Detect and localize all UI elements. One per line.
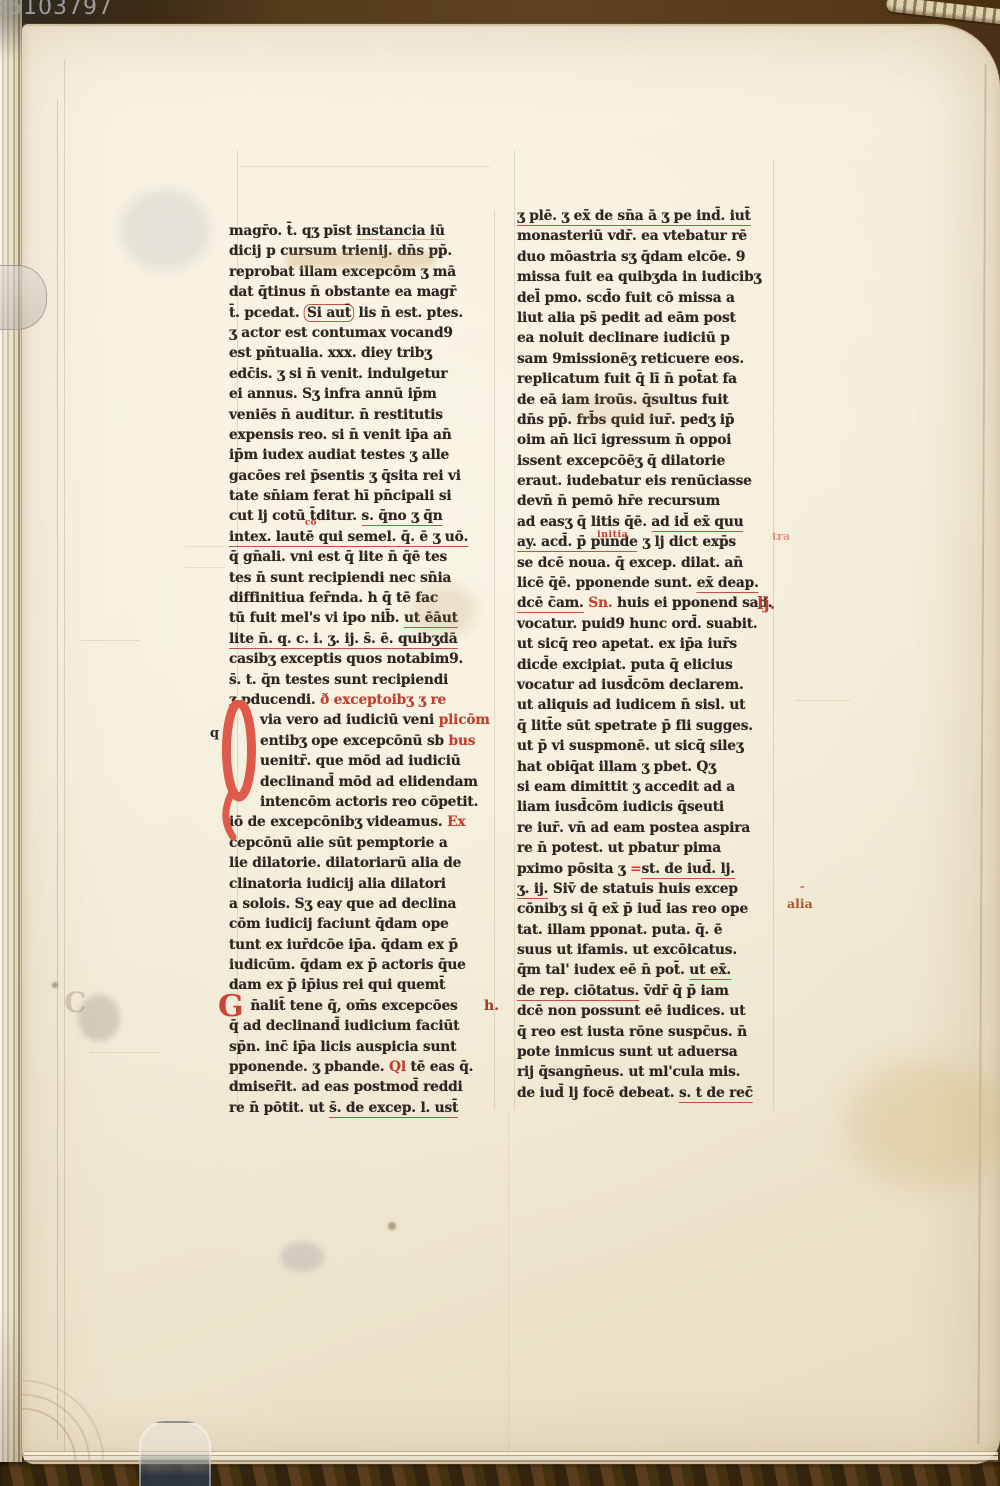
text-line: ei annus. Sʒ infra annū ip̄m	[229, 384, 490, 404]
ruling-dash	[240, 166, 490, 167]
text-segment: de rep. ciōtatus.	[517, 983, 639, 1001]
text-line: tate sn̄iam ferat hī pn̄cipali si	[229, 486, 490, 506]
ruling-dash	[795, 700, 850, 701]
text-segment: del̄ pmo. scd̄o fuit cō missa a	[517, 290, 735, 306]
manuscript-photo: { "shelfmark": "66103797", "colors": { "…	[0, 0, 1000, 1486]
text-line: q̄ litt̄e sūt spetrate p̄ fli sugges.	[517, 716, 772, 736]
text-segment: ʒ plē. ʒ ex̄ de sn̄a ā ʒ pe ind̄. iut̄	[517, 208, 751, 226]
text-segment: =	[630, 861, 641, 877]
text-line: t̄. pcedat. Si aut̄ lis n̄ est. ptes.	[229, 303, 490, 323]
text-segment: dmiser̄it. ad eas postmod̄ reddi	[229, 1079, 463, 1095]
text-segment: s. t de rec̄	[679, 1085, 753, 1103]
text-segment: declinand̄ mōd ad elidendam	[260, 774, 478, 790]
text-segment: s̄. de excep. l. ust̄	[329, 1100, 458, 1118]
text-line: vocatur. puid9 hunc ord̄. suabit.	[517, 614, 772, 634]
text-line: s̄. t. q̄n testes sunt recipiendi	[229, 670, 490, 690]
text-segment: cepcōnū alie sūt pemptorie a	[229, 835, 448, 851]
text-line: liam iusd̄cōm iudicis q̄seuti	[517, 797, 772, 817]
text-segment: clinatoria iudicij alia dilatori	[229, 876, 446, 892]
gutter-crease	[64, 60, 65, 1452]
text-line: ay. acd̄. p̄ punde ʒ lj dict exp̄s	[517, 532, 772, 552]
text-line: reprobat illam excepcōm ʒ mā	[229, 262, 490, 282]
text-segment: Si aut̄	[304, 304, 354, 322]
text-line: q̄ gn̄ali. vni est q̄ lite n̄ q̄ē tes	[229, 547, 490, 567]
text-segment: monasteriū vdr̄. ea vtebatur rē	[517, 228, 747, 244]
text-segment: reprobat illam excepcōm ʒ mā	[229, 264, 456, 280]
text-segment: intencōm actoris reo cōpetit.	[260, 794, 478, 810]
text-line: eraut. iudebatur eis renūciasse	[517, 471, 772, 491]
text-segment: hat obiq̄at illam ʒ pbet. Qʒ	[517, 759, 716, 775]
guide-letter-q: q	[210, 726, 219, 741]
text-segment: ex̄ deap.	[697, 575, 759, 593]
text-line: replicatum fuit q̄ lī n̄ pot̄at fa	[517, 369, 772, 389]
text-segment: replicatum fuit q̄ lī n̄ pot̄at fa	[517, 371, 737, 387]
text-line: dmiser̄it. ad eas postmod̄ reddi	[229, 1077, 490, 1097]
text-segment: ut ex̄.	[689, 962, 731, 980]
text-line: duo mōastria sʒ q̄dam elcōe. 9	[517, 247, 772, 267]
text-segment: expensis reo. si n̄ venit ip̄a an̄	[229, 427, 452, 443]
text-segment: tunt ex iur̄dcōe ip̄a. q̄dam ex p̄	[229, 937, 458, 953]
text-segment: s̄. t. q̄n testes sunt recipiendi	[229, 672, 448, 688]
text-line: hat obiq̄at illam ʒ pbet. Qʒ	[517, 757, 772, 777]
text-line: q̄ ad declinand̄ iudicium faciūt	[229, 1016, 490, 1036]
text-line: tat. illam pponat. puta. q̄. ē	[517, 920, 772, 940]
text-segment: lie dilatorie. dilatoriarū alia de	[229, 855, 461, 871]
text-line: ut aliquis ad iudicem n̄ sisl. ut	[517, 695, 772, 715]
text-line: ʒ pducendi. ð exceptoibʒ ʒ re	[229, 690, 490, 710]
page-holder-clip	[139, 1421, 211, 1486]
text-line: re n̄ potest. ut pbatur pima	[517, 838, 772, 858]
text-segment: dicij p cursum trienij. dn̄s pp̄.	[229, 243, 452, 259]
text-segment: entibʒ ope excepcōnū sb	[260, 733, 449, 749]
text-line: iudicūm. q̄dam ex p̄ actoris q̄ue	[229, 955, 490, 975]
text-line: uenitr̄. que mōd ad iudiciū	[229, 751, 490, 771]
text-segment: q̄m tal' iudex eē n̄ pot̄.	[517, 962, 689, 978]
text-segment: diffinitiua fer̄nda. h q̄ tē fac	[229, 590, 438, 606]
text-segment: plicōm	[439, 712, 490, 728]
text-segment: se dcē noua. q̄ excep. dilat. an̄	[517, 555, 743, 571]
text-line: ea noluit declinare iudiciū p	[517, 328, 772, 348]
text-segment: edc̄is. ʒ si n̄ venit. indulgetur	[229, 366, 447, 382]
text-segment: eraut. iudebatur eis renūciasse	[517, 473, 752, 489]
text-segment: ea noluit declinare iudiciū p	[517, 330, 730, 346]
text-line: intex. lautē qui semel. q̄. ē ʒ uō.	[229, 527, 490, 547]
text-segment: ei annus. Sʒ infra annū ip̄m	[229, 386, 437, 402]
text-segment: n̄alit̄ tene q̄, om̄s excepcōes	[250, 998, 457, 1014]
red-initial-g: G	[218, 989, 244, 1024]
text-segment: lite n̄. q. c. i. ʒ. ij. s̄. ē. quibʒdā	[229, 631, 457, 649]
text-segment: missa fuit ea quibʒda in iudicibʒ	[517, 269, 761, 285]
text-segment: tū fuit mel's vi ipo nib̄.	[229, 610, 404, 626]
text-line: de iud̄ lj focē debeat. s. t de rec̄	[517, 1083, 772, 1103]
text-segment: iō de excepcōnibʒ videamus.	[229, 814, 447, 830]
text-line: n̄alit̄ tene q̄, om̄s excepcōes	[229, 996, 490, 1016]
ruling-line	[514, 150, 515, 1110]
text-line: gacōes rei p̄sentis ʒ q̄sita rei vi	[229, 466, 490, 486]
text-line: dicd̄e excipiat. puta q̄ elicius	[517, 655, 772, 675]
text-segment: ip̄m iudex audiat testes ʒ alle	[229, 447, 449, 463]
text-line: suus ut ifamis. ut excōicatus.	[517, 940, 772, 960]
text-segment: ut sicq̄ reo apetat. ex ip̄a iur̄s	[517, 636, 737, 652]
text-line: dam ex p̄ ip̄ius rei qui quemt̄	[229, 975, 490, 995]
text-segment: devn̄ n̄ pemō hr̄e recursum	[517, 493, 720, 509]
text-segment: q̄ litt̄e sūt spetrate p̄ fli sugges.	[517, 718, 753, 734]
text-line: dn̄s pp̄. frb̄s quid iur̄. pedʒ ip̄	[517, 410, 772, 430]
text-segment: duo mōastria sʒ q̄dam elcōe. 9	[517, 249, 745, 265]
text-line: iō de excepcōnibʒ videamus. Ex	[229, 812, 490, 832]
text-line: pximo pōsita ʒ =st. de iud̄. lj.	[517, 859, 772, 879]
text-line: tū fuit mel's vi ipo nib̄. ut ēāut	[229, 608, 490, 628]
text-segment: Siv̄ de statuis huis excep	[548, 881, 738, 897]
text-segment: cōm iudicij faciunt q̄dam ope	[229, 916, 449, 932]
text-segment: Sn.	[588, 595, 612, 611]
text-segment: ad easʒ q̄ litis q̄ē.	[517, 514, 651, 530]
text-segment: intex. lautē qui semel. q̄. ē ʒ uō.	[229, 529, 468, 547]
text-segment: dcē c̄am.	[517, 595, 584, 613]
text-line: dicij p cursum trienij. dn̄s pp̄.	[229, 241, 490, 261]
offset-letter-c: C	[64, 986, 86, 1019]
text-line: missa fuit ea quibʒda in iudicibʒ	[517, 267, 772, 287]
text-segment: s. q̄no ʒ q̄n	[362, 508, 443, 526]
text-line: ʒ actor est contumax vocand9	[229, 323, 490, 343]
text-segment: Ex	[447, 814, 465, 830]
text-line: licē q̄ē. pponende sunt. ex̄ deap.	[517, 573, 772, 593]
text-line: lie dilatorie. dilatoriarū alia de	[229, 853, 490, 873]
book-cover-top	[0, 0, 1000, 26]
text-segment: ad id̄ ex̄ quu	[651, 514, 743, 532]
text-segment: issent excepcōēʒ q̄ dilatorie	[517, 453, 725, 469]
text-segment: t̄. pcedat.	[229, 305, 304, 321]
text-segment: huis ei pponend sad.	[612, 595, 772, 611]
text-line: si eam dimittit ʒ accedit ad a	[517, 777, 772, 797]
text-segment: instancia iū	[356, 223, 444, 240]
text-line: pponende. ʒ pbande. Ql tē eas q̄.	[229, 1057, 490, 1077]
text-line: veniēs n̄ auditur. n̄ restitutis	[229, 405, 490, 425]
text-line: vocatur ad iusd̄cōm declarem.	[517, 675, 772, 695]
text-segment: tat. illam pponat. puta. q̄. ē	[517, 922, 722, 938]
interlinear-gloss: co	[305, 518, 316, 528]
text-line: re iur̄. vn̄ ad eam postea aspira	[517, 818, 772, 838]
corner-page-edges	[22, 1330, 117, 1462]
interlinear-gloss: initia	[597, 529, 628, 540]
text-segment: bus	[449, 733, 476, 749]
text-line: ut sicq̄ reo apetat. ex ip̄a iur̄s	[517, 634, 772, 654]
parchment-page	[22, 24, 1000, 1464]
red-paraph-mark: h.	[484, 998, 499, 1014]
text-segment: liut alia ps̄ pedit ad eām post	[517, 310, 736, 326]
text-line: oim an̄ licī igressum n̄ oppoi	[517, 430, 772, 450]
text-line: via vero ad iudiciū veni plicōm	[229, 710, 490, 730]
text-segment: vocatur ad iusd̄cōm declarem.	[517, 677, 744, 693]
text-segment: Ql	[389, 1059, 406, 1075]
text-line: pote inmicus sunt ut aduersa	[517, 1042, 772, 1062]
text-segment: v̄dr̄ q̄ p̄ iam	[639, 983, 729, 999]
ruling-line	[773, 160, 774, 1110]
ruling-line	[494, 210, 495, 1110]
text-segment: vocatur. puid9 hunc ord̄. suabit.	[517, 616, 758, 632]
text-column-left: magr̄o. t̄. qʒ pīst instancia iūdicij p …	[229, 221, 490, 1118]
text-segment: cōnibʒ si q̄ ex̄ p̄ iud̄ ias reo ope	[517, 901, 748, 917]
text-line: ad easʒ q̄ litis q̄ē. ad id̄ ex̄ quu	[517, 512, 772, 532]
text-segment: iudicūm. q̄dam ex p̄ actoris q̄ue	[229, 957, 466, 973]
text-segment: dicd̄e excipiat. puta q̄ elicius	[517, 657, 733, 673]
text-segment: q̄ ad declinand̄ iudicium faciūt	[229, 1018, 459, 1034]
text-line: de eā iam iroūs. q̄sultus fuit	[517, 390, 772, 410]
text-segment: rij q̄sangn̄eus. ut ml'cula mis.	[517, 1064, 740, 1080]
text-segment: a solois. Sʒ eay que ad declina	[229, 896, 456, 912]
text-segment: licē q̄ē. pponende sunt.	[517, 575, 697, 591]
ruling-dash	[80, 640, 140, 641]
text-segment: ʒ lj dict exp̄s	[638, 534, 736, 550]
text-line: liut alia ps̄ pedit ad eām post	[517, 308, 772, 328]
text-line: declinand̄ mōd ad elidendam	[229, 772, 490, 792]
text-segment: re n̄ pōtit. ut	[229, 1100, 329, 1116]
text-line: cōm iudicij faciunt q̄dam ope	[229, 914, 490, 934]
red-initial-q	[220, 700, 258, 842]
text-line: issent excepcōēʒ q̄ dilatorie	[517, 451, 772, 471]
text-line: dat q̄tinus n̄ obstante ea magr̄	[229, 282, 490, 302]
text-line: ʒ. ij. Siv̄ de statuis huis excep	[517, 879, 772, 899]
text-line: magr̄o. t̄. qʒ pīst instancia iū	[229, 221, 490, 241]
text-line: expensis reo. si n̄ venit ip̄a an̄	[229, 425, 490, 445]
text-segment: dat q̄tinus n̄ obstante ea magr̄	[229, 284, 456, 300]
ruling-dash	[185, 567, 225, 568]
text-line: sp̄n. inc̄ ip̄a licis auspicia sunt	[229, 1037, 490, 1057]
ruling-dash	[90, 1052, 160, 1053]
text-segment: sam 9missionēʒ reticuere eos.	[517, 351, 744, 367]
text-line: entibʒ ope excepcōnū sb bus	[229, 731, 490, 751]
text-segment: ʒ. ij.	[517, 881, 548, 899]
text-segment: cut lj cotū t̄ditur.	[229, 508, 362, 524]
text-segment: tē eas q̄.	[406, 1059, 473, 1075]
text-segment: uenitr̄. que mōd ad iudiciū	[260, 753, 461, 769]
text-line: ip̄m iudex audiat testes ʒ alle	[229, 445, 490, 465]
ruling-line	[508, 1110, 509, 1455]
text-segment: oim an̄ licī igressum n̄ oppoi	[517, 432, 731, 448]
text-line: clinatoria iudicij alia dilatori	[229, 874, 490, 894]
text-segment: ut ēāut	[404, 610, 458, 628]
text-segment: suus ut ifamis. ut excōicatus.	[517, 942, 737, 958]
text-line: devn̄ n̄ pemō hr̄e recursum	[517, 491, 772, 511]
text-segment: ut p̄ vi suspmonē. ut sicq̄ sileʒ	[517, 738, 743, 754]
text-line: ut p̄ vi suspmonē. ut sicq̄ sileʒ	[517, 736, 772, 756]
text-segment: dn̄s pp̄. frb̄s quid iur̄. pedʒ ip̄	[517, 412, 734, 428]
gutter-crease	[57, 100, 58, 1440]
text-line: monasteriū vdr̄. ea vtebatur rē	[517, 226, 772, 246]
text-line: casibʒ exceptis quos notabim9.	[229, 649, 490, 669]
text-line: a solois. Sʒ eay que ad declina	[229, 894, 490, 914]
text-segment: q̄ gn̄ali. vni est q̄ lite n̄ q̄ē tes	[229, 549, 447, 565]
text-segment: sp̄n. inc̄ ip̄a licis auspicia sunt	[229, 1039, 456, 1055]
text-line: rij q̄sangn̄eus. ut ml'cula mis.	[517, 1062, 772, 1082]
text-segment: dcē non possunt eē iudices. ut	[517, 1003, 745, 1019]
text-line: q̄ reo est iusta rōne suspc̄us. n̄	[517, 1022, 772, 1042]
text-line: cōnibʒ si q̄ ex̄ p̄ iud̄ ias reo ope	[517, 899, 772, 919]
text-segment: ð exceptoibʒ ʒ re	[320, 692, 446, 708]
marginal-note: alia	[787, 896, 813, 911]
text-segment: casibʒ exceptis quos notabim9.	[229, 651, 463, 667]
text-line: sam 9missionēʒ reticuere eos.	[517, 349, 772, 369]
text-segment: q̄ reo est iusta rōne suspc̄us. n̄	[517, 1024, 747, 1040]
text-segment: ʒ actor est contumax vocand9	[229, 325, 453, 341]
text-segment: re iur̄. vn̄ ad eam postea aspira	[517, 820, 750, 836]
red-paraph-mark: lj.	[757, 594, 776, 614]
text-segment: liam iusd̄cōm iudicis q̄seuti	[517, 799, 724, 815]
text-line: est pn̄tualia. xxx. diey tribʒ	[229, 343, 490, 363]
text-line: re n̄ pōtit. ut s̄. de excep. l. ust̄	[229, 1098, 490, 1118]
text-segment: pximo pōsita ʒ	[517, 861, 630, 877]
text-line: edc̄is. ʒ si n̄ venit. indulgetur	[229, 364, 490, 384]
text-segment: tes n̄ sunt recipiendi nec sn̄ia	[229, 570, 451, 586]
page-edges-shade	[0, 0, 22, 1486]
text-line: de rep. ciōtatus. v̄dr̄ q̄ p̄ iam	[517, 981, 772, 1001]
text-segment: si eam dimittit ʒ accedit ad a	[517, 779, 735, 795]
text-column-right: ʒ plē. ʒ ex̄ de sn̄a ā ʒ pe ind̄. iut̄mo…	[517, 206, 772, 1103]
text-line: q̄m tal' iudex eē n̄ pot̄. ut ex̄.	[517, 960, 772, 980]
text-segment: re n̄ potest. ut pbatur pima	[517, 840, 721, 856]
text-segment: gacōes rei p̄sentis ʒ q̄sita rei vi	[229, 468, 461, 484]
text-line: tes n̄ sunt recipiendi nec sn̄ia	[229, 568, 490, 588]
marginal-note: tra	[772, 530, 790, 543]
text-segment: pote inmicus sunt ut aduersa	[517, 1044, 738, 1060]
text-segment: ut aliquis ad iudicem n̄ sisl. ut	[517, 697, 745, 713]
text-line: se dcē noua. q̄ excep. dilat. an̄	[517, 553, 772, 573]
text-segment: pponende. ʒ pbande.	[229, 1059, 389, 1075]
text-segment: lis n̄ est. ptes.	[354, 305, 463, 321]
text-segment: de iud̄ lj focē debeat.	[517, 1085, 679, 1101]
text-line: cut lj cotū t̄ditur. s. q̄no ʒ q̄n	[229, 506, 490, 526]
text-line: dcē c̄am. Sn. huis ei pponend sad.	[517, 593, 772, 613]
text-line: diffinitiua fer̄nda. h q̄ tē fac	[229, 588, 490, 608]
text-segment: st. de iud̄. lj.	[641, 861, 734, 879]
text-line: lite n̄. q. c. i. ʒ. ij. s̄. ē. quibʒdā	[229, 629, 490, 649]
text-segment: dam ex p̄ ip̄ius rei qui quemt̄	[229, 977, 445, 993]
text-segment: magr̄o. t̄. qʒ pīst	[229, 223, 356, 239]
text-segment: est pn̄tualia. xxx. diey tribʒ	[229, 345, 432, 361]
text-line: del̄ pmo. scd̄o fuit cō missa a	[517, 288, 772, 308]
text-line: cepcōnū alie sūt pemptorie a	[229, 833, 490, 853]
text-segment: de eā iam iroūs. q̄sultus fuit	[517, 392, 729, 408]
text-segment: veniēs n̄ auditur. n̄ restitutis	[229, 407, 443, 423]
ruling-dash	[185, 546, 231, 547]
shelfmark-number: 66103797	[0, 0, 113, 20]
marginal-note-marks: ″	[800, 884, 805, 897]
text-line: intencōm actoris reo cōpetit.	[229, 792, 490, 812]
text-line: ʒ plē. ʒ ex̄ de sn̄a ā ʒ pe ind̄. iut̄	[517, 206, 772, 226]
text-line: tunt ex iur̄dcōe ip̄a. q̄dam ex p̄	[229, 935, 490, 955]
text-segment: tate sn̄iam ferat hī pn̄cipali si	[229, 488, 451, 504]
text-line: dcē non possunt eē iudices. ut	[517, 1001, 772, 1021]
text-segment: via vero ad iudiciū veni	[260, 712, 439, 728]
